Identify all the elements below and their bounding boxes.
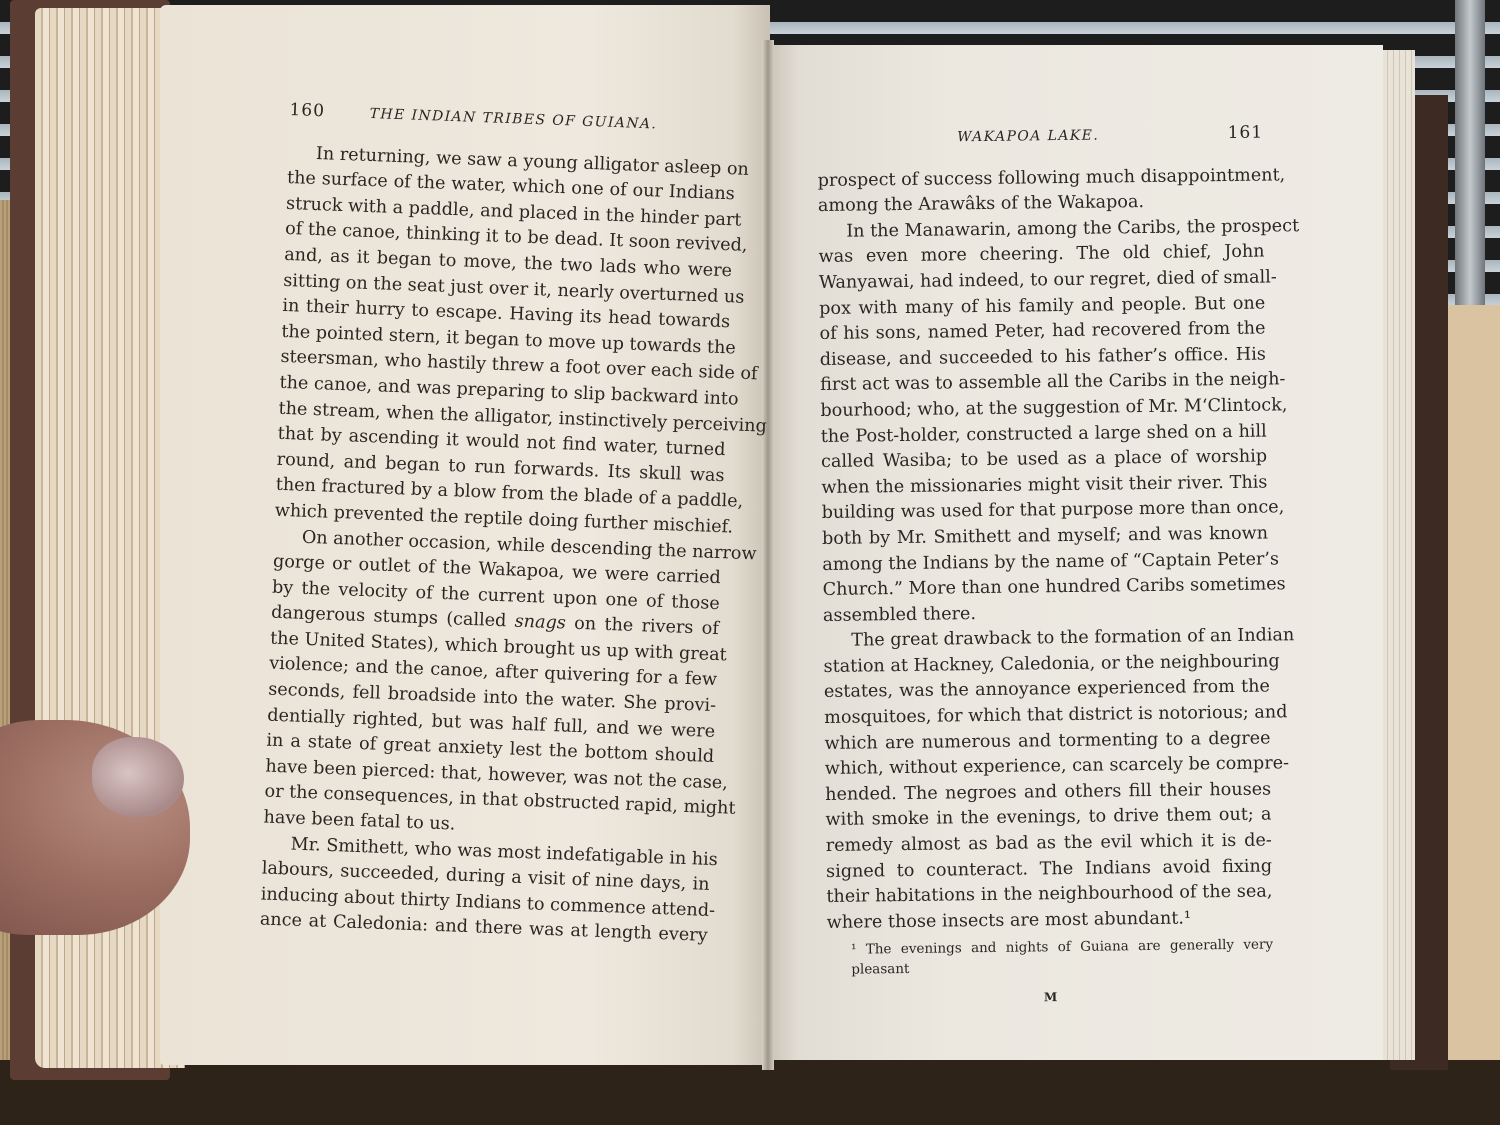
running-head-title: WAKAPOA LAKE. [957, 124, 1099, 151]
page-number: 161 [1228, 121, 1264, 147]
text-line: their habitations in the neighbourhood o… [826, 880, 1272, 911]
right-page-text: WAKAPOA LAKE. 161 prospect of success fo… [817, 121, 1274, 1014]
signature-mark: M [828, 983, 1274, 1014]
body-text: prospect of success following much disap… [818, 163, 1273, 936]
page-number: 160 [289, 98, 325, 125]
thumbnail-nail [92, 737, 184, 817]
text-line: where those insects are most abundant.¹ [827, 905, 1273, 936]
body-text: In returning, we saw a young alligator a… [259, 141, 736, 950]
footnote: ¹ The evenings and nights of Guiana are … [827, 935, 1273, 980]
text-line: Church.” More than one hundred Caribs so… [823, 573, 1269, 604]
book-gutter [762, 40, 774, 1070]
blind-cord [1455, 0, 1485, 320]
table-surface [0, 1060, 1500, 1125]
left-page-text: 160 THE INDIAN TRIBES OF GUIANA. In retu… [259, 98, 737, 950]
running-head-right: WAKAPOA LAKE. 161 [817, 121, 1263, 153]
background-wall [1440, 305, 1500, 1075]
